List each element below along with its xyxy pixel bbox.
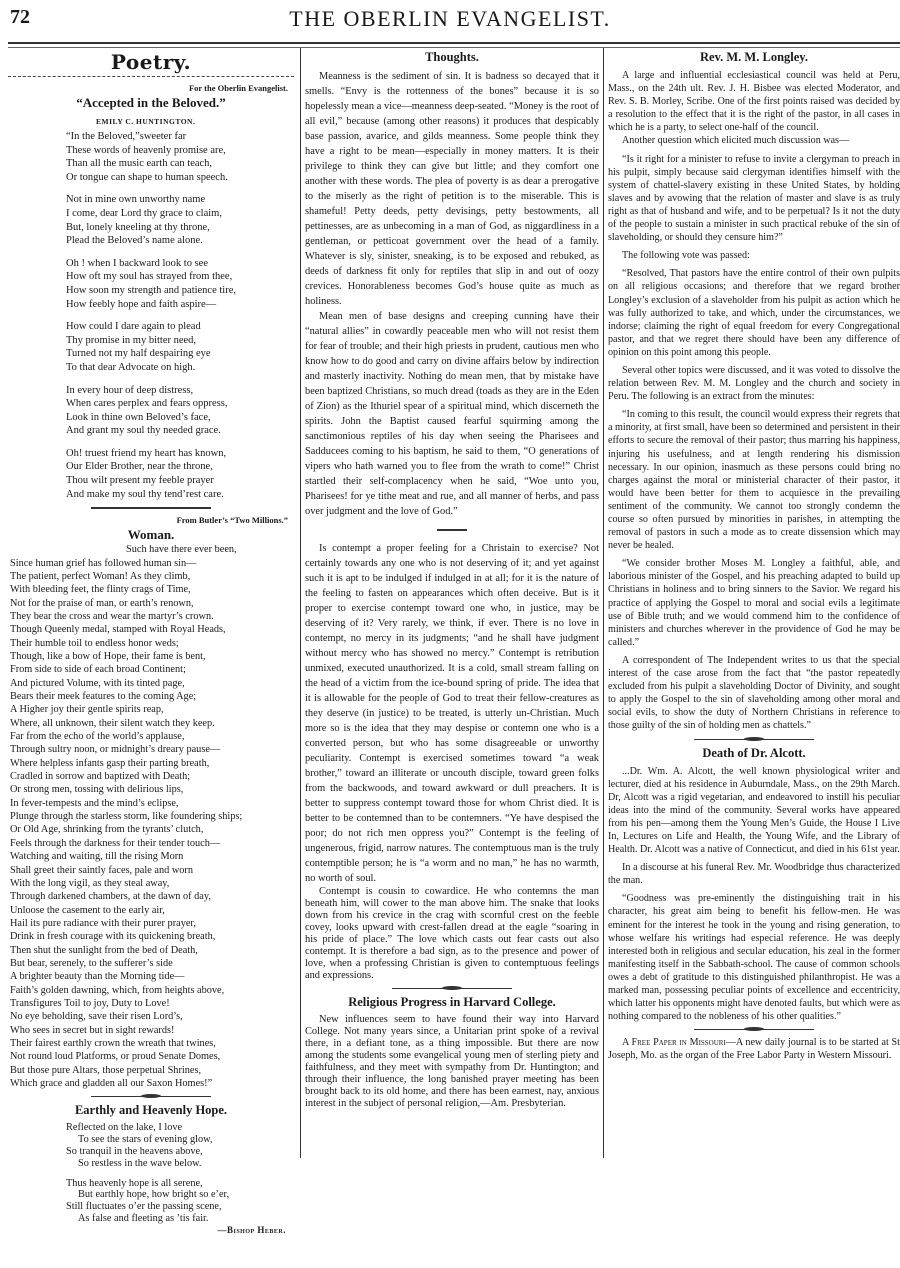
stanza: Oh! truest friend my heart has known, Ou… [66,447,294,501]
stanza: In every hour of deep distress, When car… [66,384,294,438]
news-brief-lead: A Free Paper in Missouri [622,1037,726,1048]
article-paragraph: ...Dr. Wm. A. Alcott, the well known phy… [608,765,900,857]
poem-line: To see the stars of evening glow, [66,1134,294,1146]
poem-line: Thus heavenly hope is all serene, [66,1178,203,1189]
stanza: Thus heavenly hope is all serene, But ea… [66,1178,294,1225]
poem-title: “Accepted in the Beloved.” [8,95,294,111]
poem-title: Woman. [8,527,294,543]
ornamental-divider [694,1029,814,1030]
article-paragraph: “In coming to this result, the council w… [608,408,900,552]
poem-line: So restless in the wave below. [66,1158,294,1170]
poem-line: Reflected on the lake, I love [66,1122,182,1133]
short-divider [437,529,467,531]
poem-line: Still fluctuates o’er the passing scene, [66,1201,294,1213]
poem-title: Earthly and Heavenly Hope. [8,1103,294,1118]
stanza: How could I dare again to plead Thy prom… [66,320,294,374]
ornamental-divider [694,739,814,740]
article-title: Rev. M. M. Longley. [608,50,900,65]
article-paragraph: “Resolved, That pastors have the entire … [608,267,900,359]
stanza: Not in mine own unworthy name I come, de… [66,193,294,247]
poetry-column: Poetry. For the Oberlin Evangelist. “Acc… [8,48,294,1268]
article-paragraph: New influences seem to have found their … [305,1014,599,1110]
poem-first-line: Such have there ever been, [10,543,294,556]
article-paragraph: Another question which elicited much dis… [608,134,900,147]
article-paragraph: “Is it right for a minister to refuse to… [608,153,900,245]
article-paragraph: Several other topics were discussed, and… [608,364,900,403]
poem-signature: —Bishop Heber. [8,1225,286,1235]
article-paragraph: In a discourse at his funeral Rev. Mr. W… [608,861,900,887]
poem-credit: From Butler’s “Two Millions.” [8,515,288,525]
article-paragraph: Is contempt a proper feeling for a Chris… [305,541,599,886]
article-title: Religious Progress in Harvard College. [305,995,599,1010]
masthead: 72 THE OBERLIN EVANGELIST. [0,0,900,44]
stanza: Oh ! when I backward look to see How oft… [66,257,294,311]
article-paragraph: A correspondent of The Independent write… [608,654,900,733]
section-divider [91,507,211,509]
poem-body: Since human grief has followed human sin… [10,557,294,1091]
poem-credit: For the Oberlin Evangelist. [8,83,288,93]
ornamental-divider [392,988,512,989]
poem-line: So tranquil in the heavens above, [66,1146,294,1158]
article-paragraph: “Goodness was pre-eminently the distingu… [608,892,900,1023]
stanza: “In the Beloved,”sweeter far These words… [66,130,294,184]
article-title: Death of Dr. Alcott. [608,746,900,761]
article-paragraph: Meanness is the sediment of sin. It is b… [305,69,599,309]
poem-line: As false and fleeting as ’tis fair. [66,1213,294,1225]
article-paragraph: Mean men of base designs and creeping cu… [305,309,599,519]
news-brief: A Free Paper in Missouri—A new daily jou… [608,1036,900,1062]
poetry-section-heading: Poetry. [8,50,294,74]
stanza: Reflected on the lake, I love To see the… [66,1122,294,1169]
ornamental-divider [91,1096,211,1097]
newspaper-title: THE OBERLIN EVANGELIST. [0,6,900,32]
article-paragraph: “We consider brother Moses M. Longley a … [608,557,900,649]
poem-line: But earthly hope, how bright so e’er, [66,1189,294,1201]
poem-author: EMILY C. HUNTINGTON. [96,117,294,126]
wavy-divider [8,76,294,77]
article-paragraph: The following vote was passed: [608,249,900,262]
article-paragraph: Contempt is cousin to cowardice. He who … [305,886,599,982]
article-paragraph: A large and influential ecclesiastical c… [608,69,900,134]
thoughts-column: Thoughts. Meanness is the sediment of si… [300,48,604,1158]
news-column: Rev. M. M. Longley. A large and influent… [604,48,900,1268]
article-title: Thoughts. [305,50,599,65]
